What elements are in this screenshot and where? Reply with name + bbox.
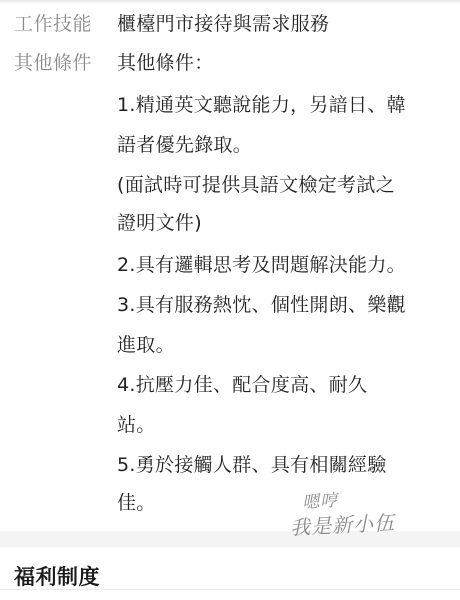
conditions-line: 站。 [117, 410, 156, 437]
conditions-line: (面試時可提供具語文檢定考試之 [117, 170, 395, 197]
conditions-line: 語者優先錄取。 [117, 130, 252, 157]
conditions-line: 進取。 [117, 330, 175, 357]
conditions-line: 3.具有服務熱忱、個性開朗、樂觀 [117, 290, 406, 317]
section-separator-band [0, 531, 460, 547]
conditions-line: 佳。 [117, 488, 156, 515]
skills-value: 櫃檯門市接待與需求服務 [117, 9, 329, 36]
section-divider [0, 589, 460, 590]
conditions-line: 5.勇於接觸人群、具有相關經驗 [117, 450, 387, 477]
other-conditions-label: 其他條件 [14, 48, 110, 75]
benefits-section-title: 福利制度 [14, 561, 100, 591]
conditions-line: 其他條件： [117, 48, 214, 75]
skills-label: 工作技能 [14, 9, 110, 36]
conditions-line: 2.具有邏輯思考及問題解決能力。 [117, 250, 406, 277]
conditions-line: 證明文件) [117, 208, 202, 235]
conditions-line: 1.精通英文聽說能力，另諳日、韓 [117, 90, 406, 117]
watermark-line-1: 嗯哼 [301, 486, 339, 513]
top-edge-shadow [0, 0, 460, 4]
conditions-line: 4.抗壓力佳、配合度高、耐久 [117, 370, 367, 397]
